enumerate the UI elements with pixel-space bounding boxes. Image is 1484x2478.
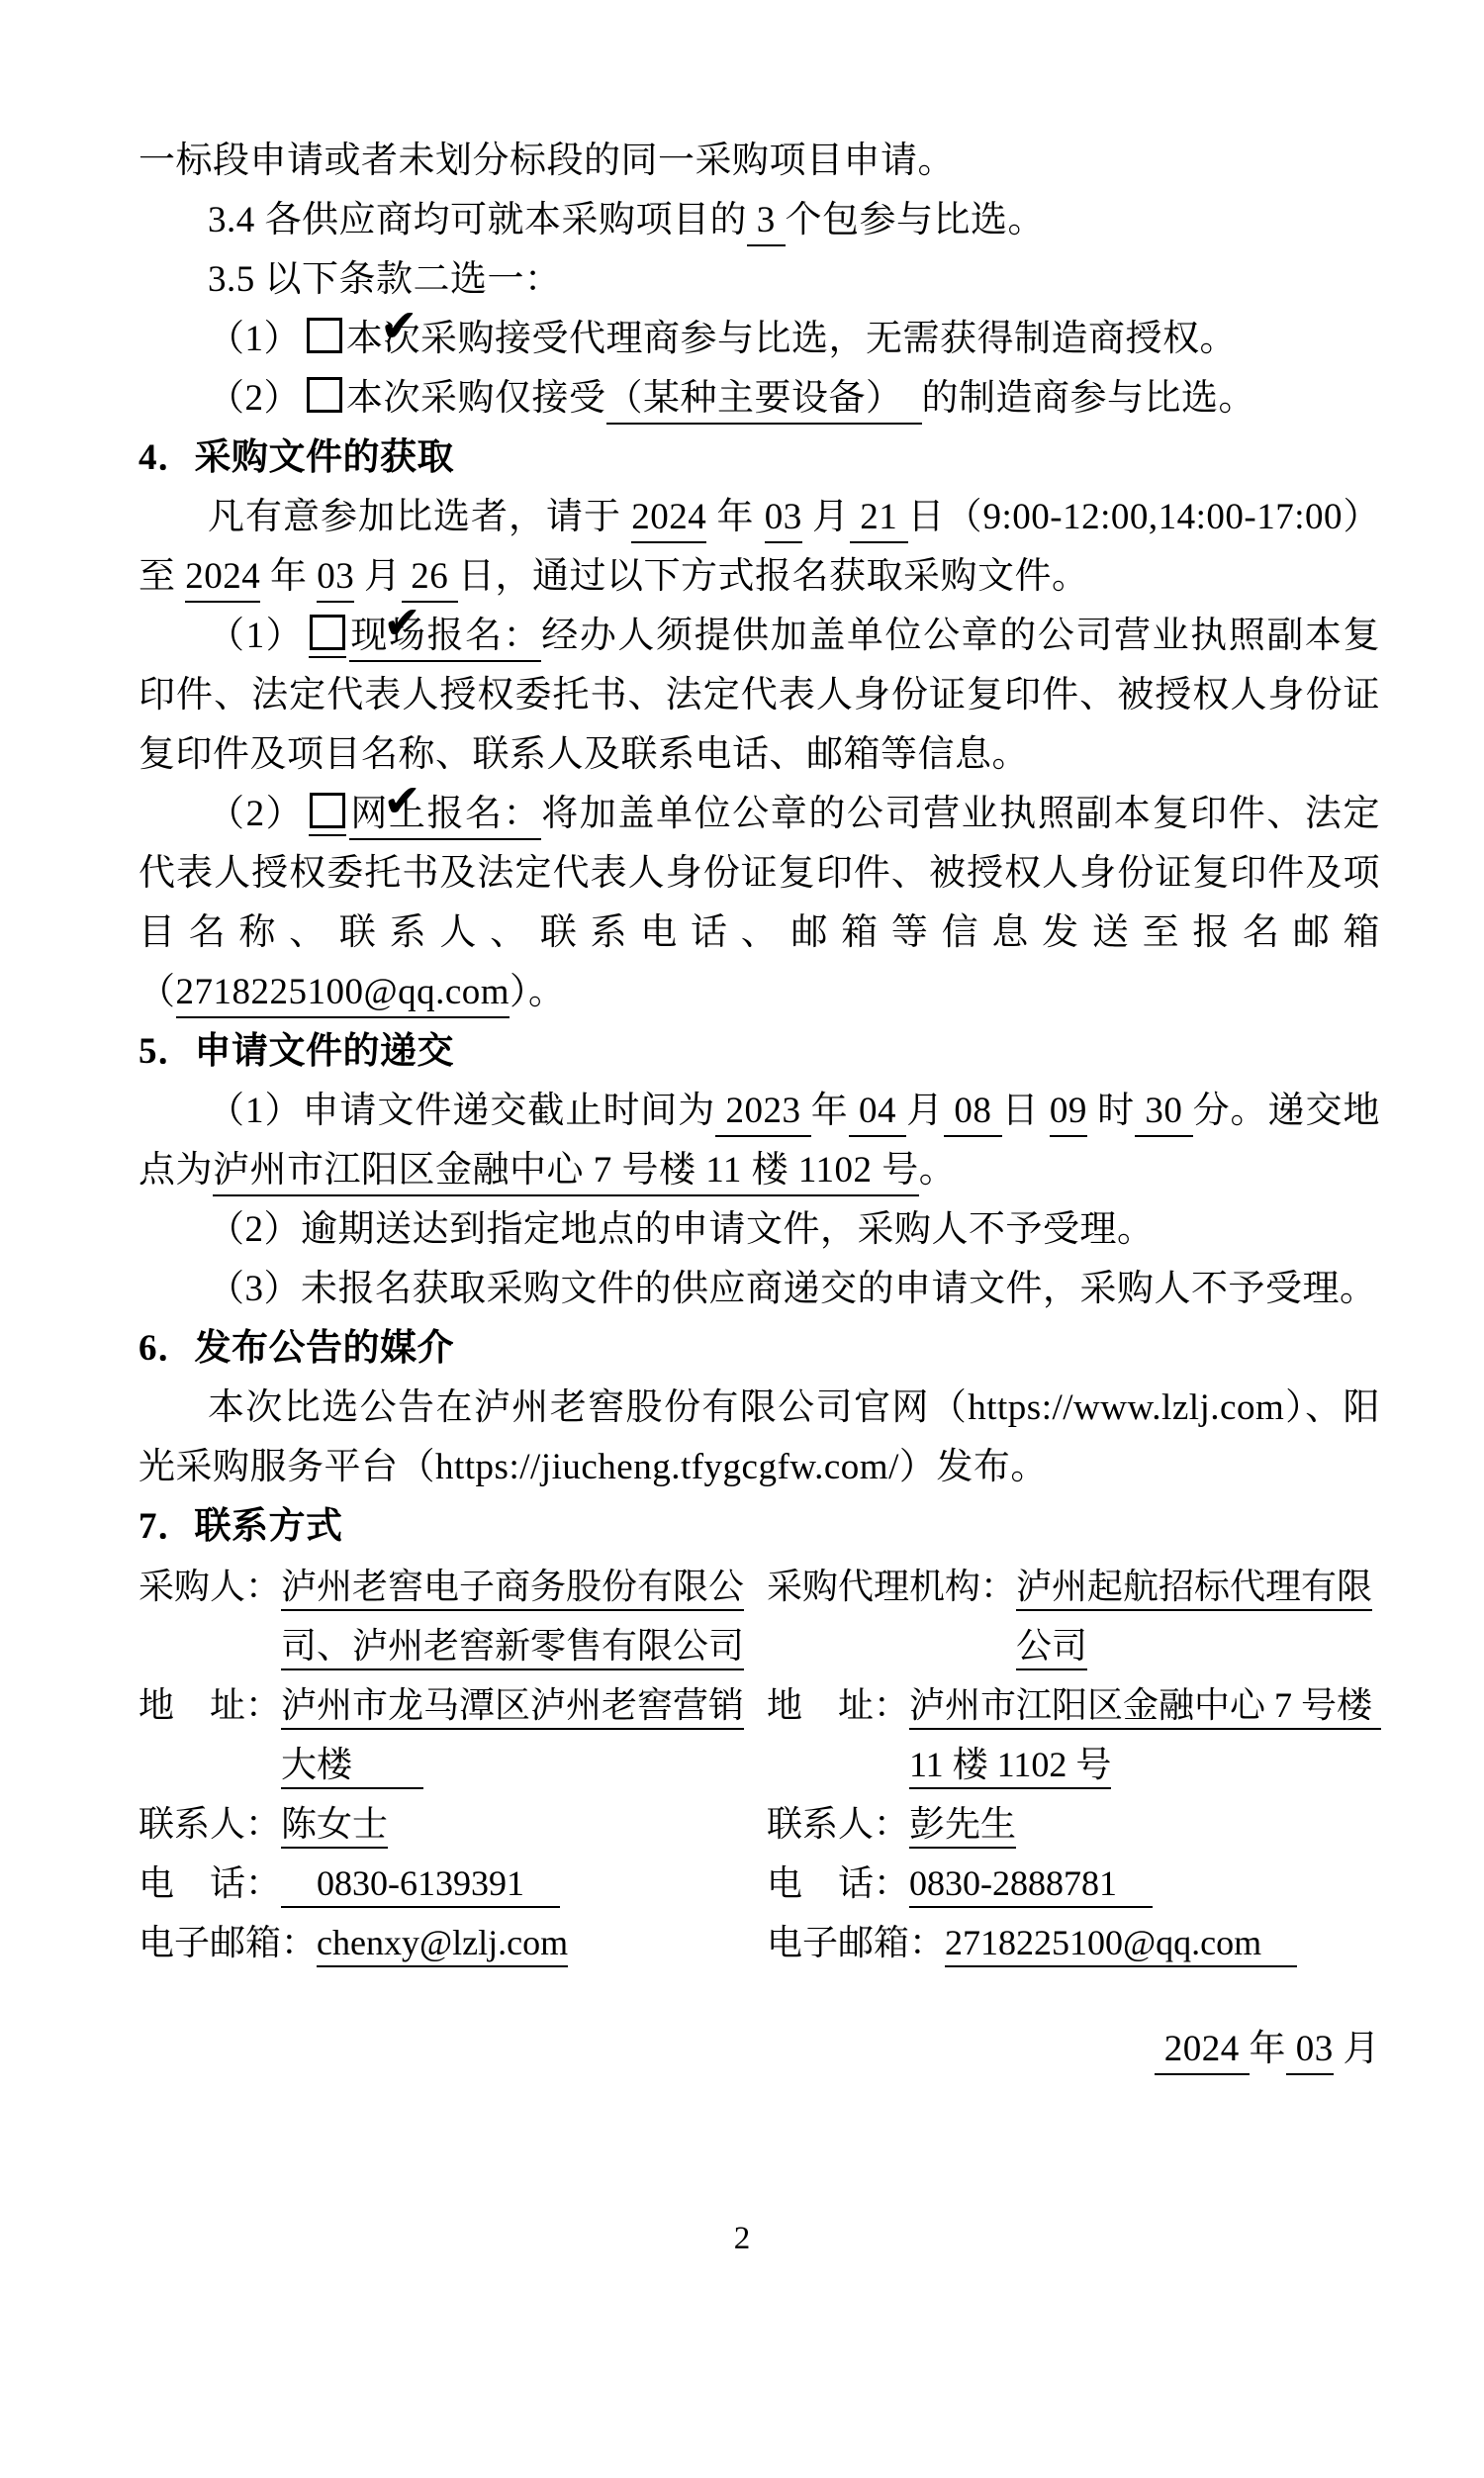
clause-3-5: 3.5 以下条款二选一：: [139, 250, 1380, 310]
contact-row-agency-address: 地 址： 泸州市江阳区金融中心 7 号楼 11 楼 1102 号: [767, 1675, 1380, 1794]
agency-email-label: 电子邮箱：: [767, 1913, 945, 1972]
buyer-phone-value: 0830-6139391: [281, 1854, 752, 1913]
buyer-email-label: 电子邮箱：: [139, 1913, 317, 1972]
heading-section-6: 6．发布公告的媒介: [139, 1319, 1380, 1379]
heading-section-4: 4．采购文件的获取: [139, 429, 1380, 488]
agency-value: 泸州起航招标代理有限公司: [1016, 1557, 1380, 1675]
issue-date: 2024 年 03 月: [139, 2020, 1380, 2079]
contact-row-buyer-phone: 电 话： 0830-6139391: [139, 1854, 752, 1913]
section-4-intro: 凡有意参加比选者，请于 2024 年 03 月 21 日（9:00-12:00,…: [139, 488, 1380, 607]
agency-phone-value: 0830-2888781: [909, 1854, 1380, 1913]
agency-person-value: 彭先生: [909, 1794, 1380, 1854]
contact-row-agency-phone: 电 话： 0830-2888781: [767, 1854, 1380, 1913]
checkbox-unchecked-icon: [307, 377, 342, 413]
contact-row-agency-email: 电子邮箱： 2718225100@qq.com: [767, 1913, 1380, 1972]
document-page: 一标段申请或者未划分标段的同一采购项目申请。 3.4 各供应商均可就本采购项目的…: [0, 0, 1484, 2478]
document-body: 一标段申请或者未划分标段的同一采购项目申请。 3.4 各供应商均可就本采购项目的…: [139, 132, 1380, 2079]
section-5-item-1: （1）申请文件递交截止时间为 2023 年 04 月 08 日 09 时 30 …: [139, 1082, 1380, 1200]
agency-person-label: 联系人：: [767, 1794, 909, 1854]
section-5-item-2: （2）逾期送达到指定地点的申请文件，采购人不予受理。: [139, 1200, 1380, 1260]
buyer-value: 泸州老窖电子商务股份有限公司、泸州老窖新零售有限公司: [281, 1557, 752, 1675]
contact-row-buyer-address: 地 址： 泸州市龙马潭区泸州老窖营销大楼: [139, 1675, 752, 1794]
buyer-phone-label: 电 话：: [139, 1854, 281, 1913]
contact-row-buyer-person: 联系人： 陈女士: [139, 1794, 752, 1854]
agency-phone-label: 电 话：: [767, 1854, 909, 1913]
checkbox-checked-icon: ✔: [310, 793, 345, 828]
contact-row-agency: 采购代理机构： 泸州起航招标代理有限公司: [767, 1557, 1380, 1675]
section-6-paragraph: 本次比选公告在泸州老窖股份有限公司官网（https://www.lzlj.com…: [139, 1379, 1380, 1497]
heading-section-5: 5．申请文件的递交: [139, 1022, 1380, 1082]
section-5-item-3: （3）未报名获取采购文件的供应商递交的申请文件，采购人不予受理。: [139, 1260, 1380, 1319]
agency-address-value: 泸州市江阳区金融中心 7 号楼 11 楼 1102 号: [909, 1675, 1380, 1794]
check-icon: ✔: [311, 303, 418, 348]
clause-3-5-option-2: （2）本次采购仅接受（某种主要设备） 的制造商参与比选。: [139, 369, 1380, 429]
checkbox-checked-icon: ✔: [307, 318, 342, 353]
contact-row-agency-person: 联系人： 彭先生: [767, 1794, 1380, 1854]
buyer-person-value: 陈女士: [281, 1794, 752, 1854]
agency-label: 采购代理机构：: [767, 1557, 1016, 1616]
contact-row-buyer: 采购人： 泸州老窖电子商务股份有限公司、泸州老窖新零售有限公司: [139, 1557, 752, 1675]
buyer-person-label: 联系人：: [139, 1794, 281, 1854]
checkbox-checked-icon: ✔: [310, 615, 345, 650]
buyer-label: 采购人：: [139, 1557, 281, 1616]
buyer-email-value: chenxy@lzlj.com: [317, 1913, 752, 1972]
check-icon: ✔: [314, 778, 421, 823]
page-number: 2: [0, 2222, 1484, 2255]
contact-row-buyer-email: 电子邮箱： chenxy@lzlj.com: [139, 1913, 752, 1972]
buyer-address-value: 泸州市龙马潭区泸州老窖营销大楼: [281, 1675, 752, 1794]
clause-3-5-option-1: （1）✔本次采购接受代理商参与比选，无需获得制造商授权。: [139, 310, 1380, 369]
contact-column-buyer: 采购人： 泸州老窖电子商务股份有限公司、泸州老窖新零售有限公司 地 址： 泸州市…: [139, 1557, 752, 1972]
agency-address-label: 地 址：: [767, 1675, 909, 1735]
heading-section-7: 7．联系方式: [139, 1497, 1380, 1557]
contact-column-agency: 采购代理机构： 泸州起航招标代理有限公司 地 址： 泸州市江阳区金融中心 7 号…: [767, 1557, 1380, 1972]
section-4-option-onsite: （1）✔现场报名：经办人须提供加盖单位公章的公司营业执照副本复印件、法定代表人授…: [139, 607, 1380, 785]
clause-3-4: 3.4 各供应商均可就本采购项目的 3 个包参与比选。: [139, 191, 1380, 250]
buyer-address-label: 地 址：: [139, 1675, 281, 1735]
paragraph-lot-continuation: 一标段申请或者未划分标段的同一采购项目申请。: [139, 132, 1380, 191]
check-icon: ✔: [314, 600, 421, 645]
contact-table: 采购人： 泸州老窖电子商务股份有限公司、泸州老窖新零售有限公司 地 址： 泸州市…: [139, 1557, 1380, 1972]
agency-email-value: 2718225100@qq.com: [945, 1913, 1380, 1972]
section-4-option-online: （2）✔网上报名：将加盖单位公章的公司营业执照副本复印件、法定代表人授权委托书及…: [139, 785, 1380, 1022]
